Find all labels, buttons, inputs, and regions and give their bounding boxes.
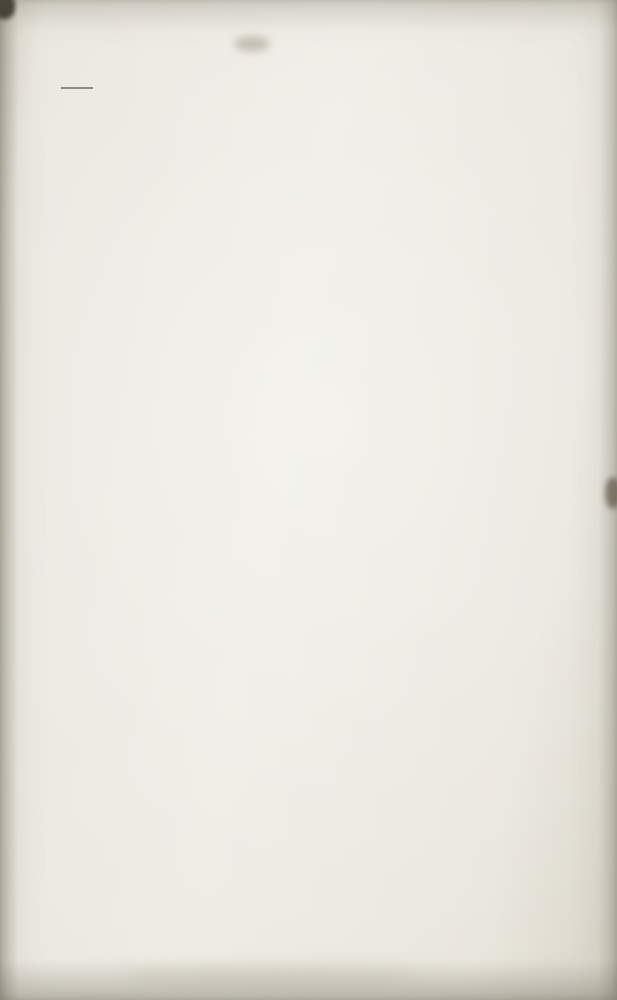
letterhead-rule — [61, 87, 93, 89]
edge-smudge — [605, 477, 617, 509]
paper-blot — [120, 962, 420, 988]
vignette-overlay — [0, 0, 617, 1000]
paper-blot — [234, 36, 270, 52]
corner-speck — [0, 0, 15, 19]
scanned-contract-page — [0, 0, 617, 1000]
